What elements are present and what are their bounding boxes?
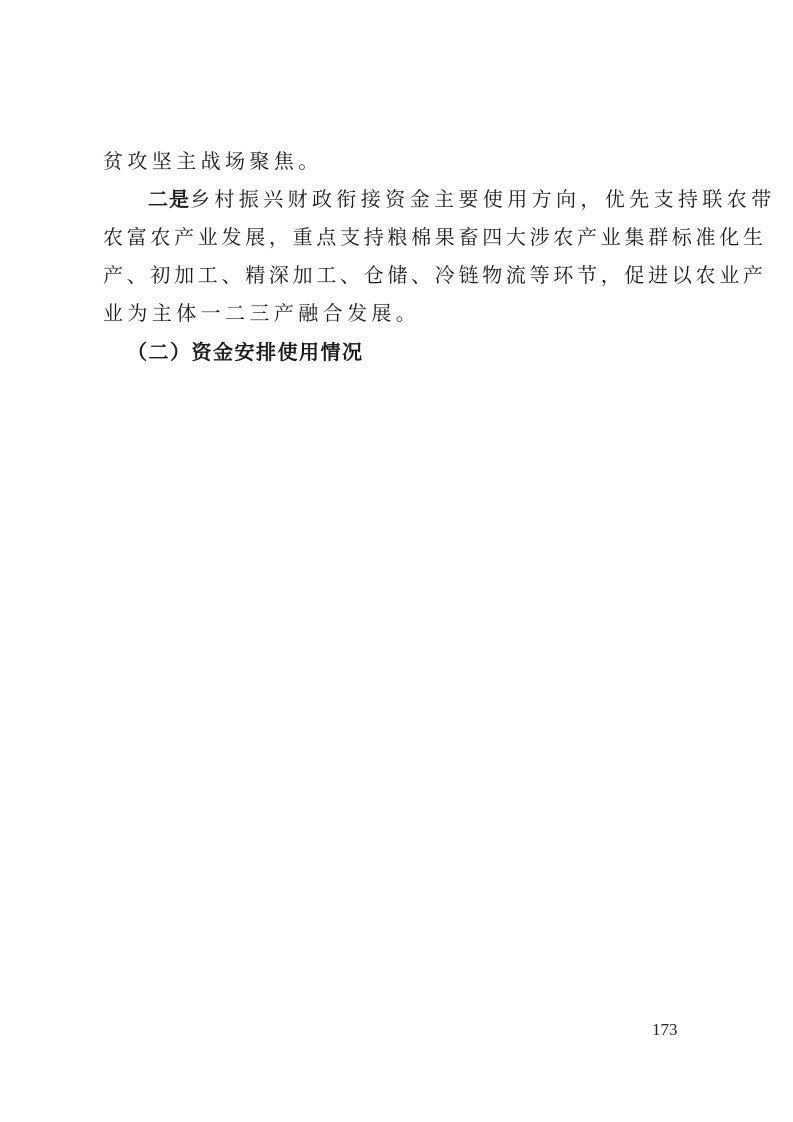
paragraph-line: 农富农产业发展，重点支持粮棉果畜四大涉农产业集群标准化生	[103, 225, 767, 249]
paragraph-text: 业为主体一二三产融合发展。	[103, 301, 420, 325]
document-page: 贫攻坚主战场聚焦。 二是乡村振兴财政衔接资金主要使用方向，优先支持联农带 农富农…	[0, 0, 793, 1122]
paragraph-line: 二是乡村振兴财政衔接资金主要使用方向，优先支持联农带	[148, 187, 776, 211]
paragraph-line: 贫攻坚主战场聚焦。	[103, 149, 323, 173]
paragraph-text: 产、初加工、精深加工、仓储、冷链物流等环节，促进以农业产	[103, 263, 767, 287]
paragraph-text: 农富农产业发展，重点支持粮棉果畜四大涉农产业集群标准化生	[103, 225, 767, 249]
paragraph-lead-bold: 二是	[148, 187, 190, 211]
paragraph-line: 业为主体一二三产融合发展。	[103, 301, 420, 325]
page-number: 173	[652, 1020, 678, 1040]
paragraph-continuation: 贫攻坚主战场聚焦。	[103, 149, 323, 173]
section-heading: （二）资金安排使用情况	[127, 340, 364, 364]
paragraph-line: 产、初加工、精深加工、仓储、冷链物流等环节，促进以农业产	[103, 263, 767, 287]
paragraph-text: 乡村振兴财政衔接资金主要使用方向，优先支持联农带	[190, 187, 776, 211]
